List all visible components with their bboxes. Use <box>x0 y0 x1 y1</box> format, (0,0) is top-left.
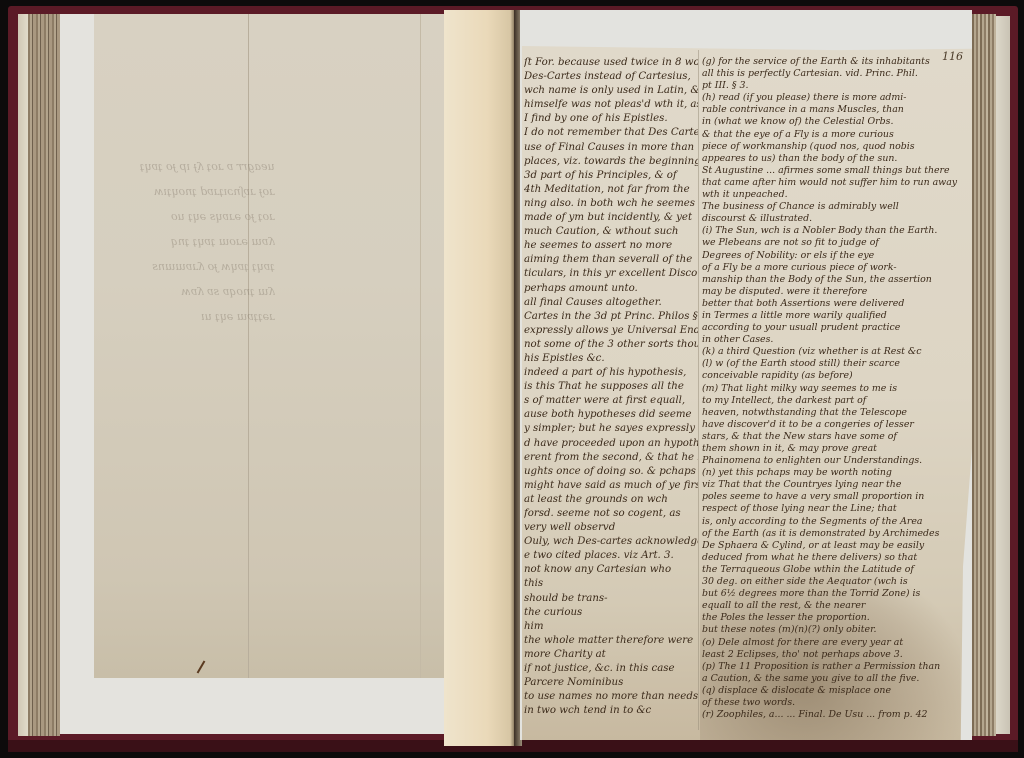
note-line: (k) a third Question (viz whether is at … <box>702 346 968 358</box>
note-line: a Caution, & the same you give to all th… <box>702 673 968 685</box>
note-line: conceivable rapidity (as before) <box>702 370 968 382</box>
note-line: all this is perfectly Cartesian. vid. Pr… <box>702 68 968 80</box>
note-line: we Plebeans are not so fit to judge of <box>702 237 968 249</box>
note-line: the Poles the lesser the proportion. <box>702 612 968 624</box>
note-line: the curious <box>524 606 698 620</box>
note-line: Cartes in the 3d pt Princ. Philos § 2 & … <box>524 310 698 324</box>
bleed-line: ueagrr ɐ ɹoʇ ʎɟ ıp ɟo ʇɐɥʇ <box>140 160 275 173</box>
note-line: have discover'd it to be a congeries of … <box>702 419 968 431</box>
note-line: very well observd <box>524 521 698 535</box>
book-gutter <box>444 10 516 746</box>
note-line: to my Intellect, the darkest part of <box>702 395 968 407</box>
note-line: (n) yet this pchaps may be worth noting <box>702 467 968 479</box>
note-line: at least the grounds on wch <box>524 493 698 507</box>
bleed-line: ɹoʇ ɟo ǝɹɐɥs ǝɥʇ uo <box>140 210 275 223</box>
note-line: in two wch tend in to &c <box>524 704 698 718</box>
left-fold-line-2 <box>420 14 421 678</box>
note-line: appeares to us) than the body of the sun… <box>702 153 968 165</box>
note-line: in Termes a little more warily qualified <box>702 310 968 322</box>
note-line: is this That he supposes all the <box>524 380 698 394</box>
note-line: heaven, notwthstanding that the Telescop… <box>702 407 968 419</box>
note-line: Parcere Nominibus <box>524 676 698 690</box>
note-line: his Epistles &c. <box>524 352 698 366</box>
note-line: pt III. § 3. <box>702 80 968 92</box>
bleed-line: ɹoɟ ɹɐʃnɔıʇɹɐd ʇnoɥʇıʍ <box>140 185 275 198</box>
note-line: (r) Zoophiles, a... ... Final. De Usu ..… <box>702 709 968 721</box>
note-line: according to your usuall prudent practic… <box>702 322 968 334</box>
bleed-through-text: ueagrr ɐ ɹoʇ ʎɟ ıp ɟo ʇɐɥʇ ɹoɟ ɹɐʃnɔıʇɹɐ… <box>140 160 275 335</box>
note-line: ause both hypotheses did seeme <box>524 408 698 422</box>
note-line: perhaps amount unto. <box>524 282 698 296</box>
note-line: more Charity at <box>524 648 698 662</box>
note-line: places, viz. towards the beginning <box>524 155 698 169</box>
note-line: ughts once of doing so. & pchaps he <box>524 465 698 479</box>
note-line: ticulars, in this yr excellent Discourse <box>524 267 698 281</box>
note-line: (p) The 11 Proposition is rather a Permi… <box>702 661 968 673</box>
note-line: Degrees of Nobility: or els if the eye <box>702 250 968 262</box>
right-text-block-edge <box>972 14 996 736</box>
note-line: ſt For. because used twice in 8 words. <box>524 56 698 70</box>
note-line: but 6½ degrees more than the Torrid Zone… <box>702 588 968 600</box>
note-line: Des-Cartes instead of Cartesius, <box>524 70 698 84</box>
note-line: (l) w (of the Earth stood still) their s… <box>702 358 968 370</box>
note-line: piece of workmanship (quod nos, quod nob… <box>702 141 968 153</box>
note-line: all final Causes altogether. <box>524 296 698 310</box>
note-line: Phainomena to enlighten our Understandin… <box>702 455 968 467</box>
note-line: viz That that the Countryes lying near t… <box>702 479 968 491</box>
note-line: least 2 Eclipses, tho' not perhaps above… <box>702 649 968 661</box>
note-line: this <box>524 577 698 591</box>
bleed-line: ʇɐɥʇ ʇɐɥʍ ɟo ʎɹɐɯɯns <box>140 260 275 273</box>
note-line: not know any Cartesian who <box>524 563 698 577</box>
right-column-notes: (g) for the service of the Earth & its i… <box>702 56 968 721</box>
note-line: ning also. in both wch he seemes <box>524 197 698 211</box>
note-line: that came after him would not suffer him… <box>702 177 968 189</box>
note-line: him <box>524 620 698 634</box>
note-line: the Terraqueous Globe wthin the Latitude… <box>702 564 968 576</box>
note-line: (m) That light milky way seemes to me is <box>702 383 968 395</box>
note-line: St Augustine ... afirmes some small thin… <box>702 165 968 177</box>
note-line: 3d part of his Principles, & of <box>524 169 698 183</box>
note-line: The business of Chance is admirably well <box>702 201 968 213</box>
note-line: stars, & that the New stars have some of <box>702 431 968 443</box>
note-line: of a Fly be a more curious piece of work… <box>702 262 968 274</box>
note-line: in other Cases. <box>702 334 968 346</box>
note-line: use of Final Causes in more than <box>524 141 698 155</box>
note-line: of the Earth (as it is demonstrated by A… <box>702 528 968 540</box>
note-line: made of ym but incidently, & yet <box>524 211 698 225</box>
note-line: not some of the 3 other sorts thou <box>524 338 698 352</box>
left-column-notes: ſt For. because used twice in 8 words. D… <box>524 56 698 718</box>
note-line: y simpler; but he sayes expressly th <box>524 422 698 436</box>
note-line: (o) Dele almost for there are every year… <box>702 637 968 649</box>
note-line: much Caution, & wthout such <box>524 225 698 239</box>
note-line: himselfe was not pleas'd wth it, as <box>524 98 698 112</box>
note-line: 4th Meditation, not far from the <box>524 183 698 197</box>
bleed-line: ɹǝʇʇɐɯ ǝɥʇ uı <box>140 310 275 323</box>
left-text-block-edge <box>28 14 60 736</box>
note-line: deduced from what he there delivers) so … <box>702 552 968 564</box>
note-line: expressly allows ye Universal Ends, <box>524 324 698 338</box>
note-line: he seemes to assert no more <box>524 239 698 253</box>
note-line: to use names no more than needs must <box>524 690 698 704</box>
note-line: equall to all the rest, & the nearer <box>702 600 968 612</box>
right-page-block-edge <box>996 16 1010 734</box>
note-line: respect of those lying near the Line; th… <box>702 503 968 515</box>
note-line: De Sphaera & Cylind, or at least may be … <box>702 540 968 552</box>
note-line: in (what we know of) the Celestial Orbs. <box>702 116 968 128</box>
note-line: rable contrivance in a mans Muscles, tha… <box>702 104 968 116</box>
note-line: if not justice, &c. in this case <box>524 662 698 676</box>
note-line: forsd. seeme not so cogent, as <box>524 507 698 521</box>
note-line: should be trans- <box>524 592 698 606</box>
note-line: (i) The Sun, wch is a Nobler Body than t… <box>702 225 968 237</box>
note-line: the whole matter therefore were <box>524 634 698 648</box>
note-line: & that the eye of a Fly is a more curiou… <box>702 129 968 141</box>
note-line: but these notes (m)(n)(?) only obiter. <box>702 624 968 636</box>
note-line: wth it unpeached. <box>702 189 968 201</box>
note-line: (h) read (if you please) there is more a… <box>702 92 968 104</box>
note-line: aiming them than severall of the <box>524 253 698 267</box>
note-line: poles seeme to have a very small proport… <box>702 491 968 503</box>
left-manuscript-leaf <box>94 14 444 678</box>
note-line: (g) for the service of the Earth & its i… <box>702 56 968 68</box>
note-line: wch name is only used in Latin, & <box>524 84 698 98</box>
left-fold-line <box>248 14 249 678</box>
note-line: e two cited places. viz Art. 3. <box>524 549 698 563</box>
note-line: them shown in it, & may prove great <box>702 443 968 455</box>
column-fold <box>698 50 699 730</box>
note-line: I find by one of his Epistles. <box>524 112 698 126</box>
note-line: better that both Assertions were deliver… <box>702 298 968 310</box>
note-line: I do not remember that Des Cartes doth <box>524 126 698 140</box>
note-line: indeed a part of his hypothesis, <box>524 366 698 380</box>
note-line: erent from the second, & that he had <box>524 451 698 465</box>
note-line: (q) displace & dislocate & misplace one <box>702 685 968 697</box>
note-line: is, only according to the Segments of th… <box>702 516 968 528</box>
bleed-line: ʎɐɯ ǝɹoɯ ʇɐɥʇ ʇnq <box>140 235 275 248</box>
note-line: Ouly, wch Des-cartes acknowledges in <box>524 535 698 549</box>
note-line: s of matter were at first equall, <box>524 394 698 408</box>
note-line: manship than the Body of the Sun, the as… <box>702 274 968 286</box>
note-line: of these two words. <box>702 697 968 709</box>
note-line: might have said as much of ye first, <box>524 479 698 493</box>
bleed-line: ʎɯ ʇnoqɐ sɐ ʎɐʍ <box>140 285 275 298</box>
note-line: 30 deg. on either side the Aequator (wch… <box>702 576 968 588</box>
note-line: may be disputed. were it therefore <box>702 286 968 298</box>
note-line: d have proceeded upon an hypothesis <box>524 437 698 451</box>
note-line: discourst & illustrated. <box>702 213 968 225</box>
